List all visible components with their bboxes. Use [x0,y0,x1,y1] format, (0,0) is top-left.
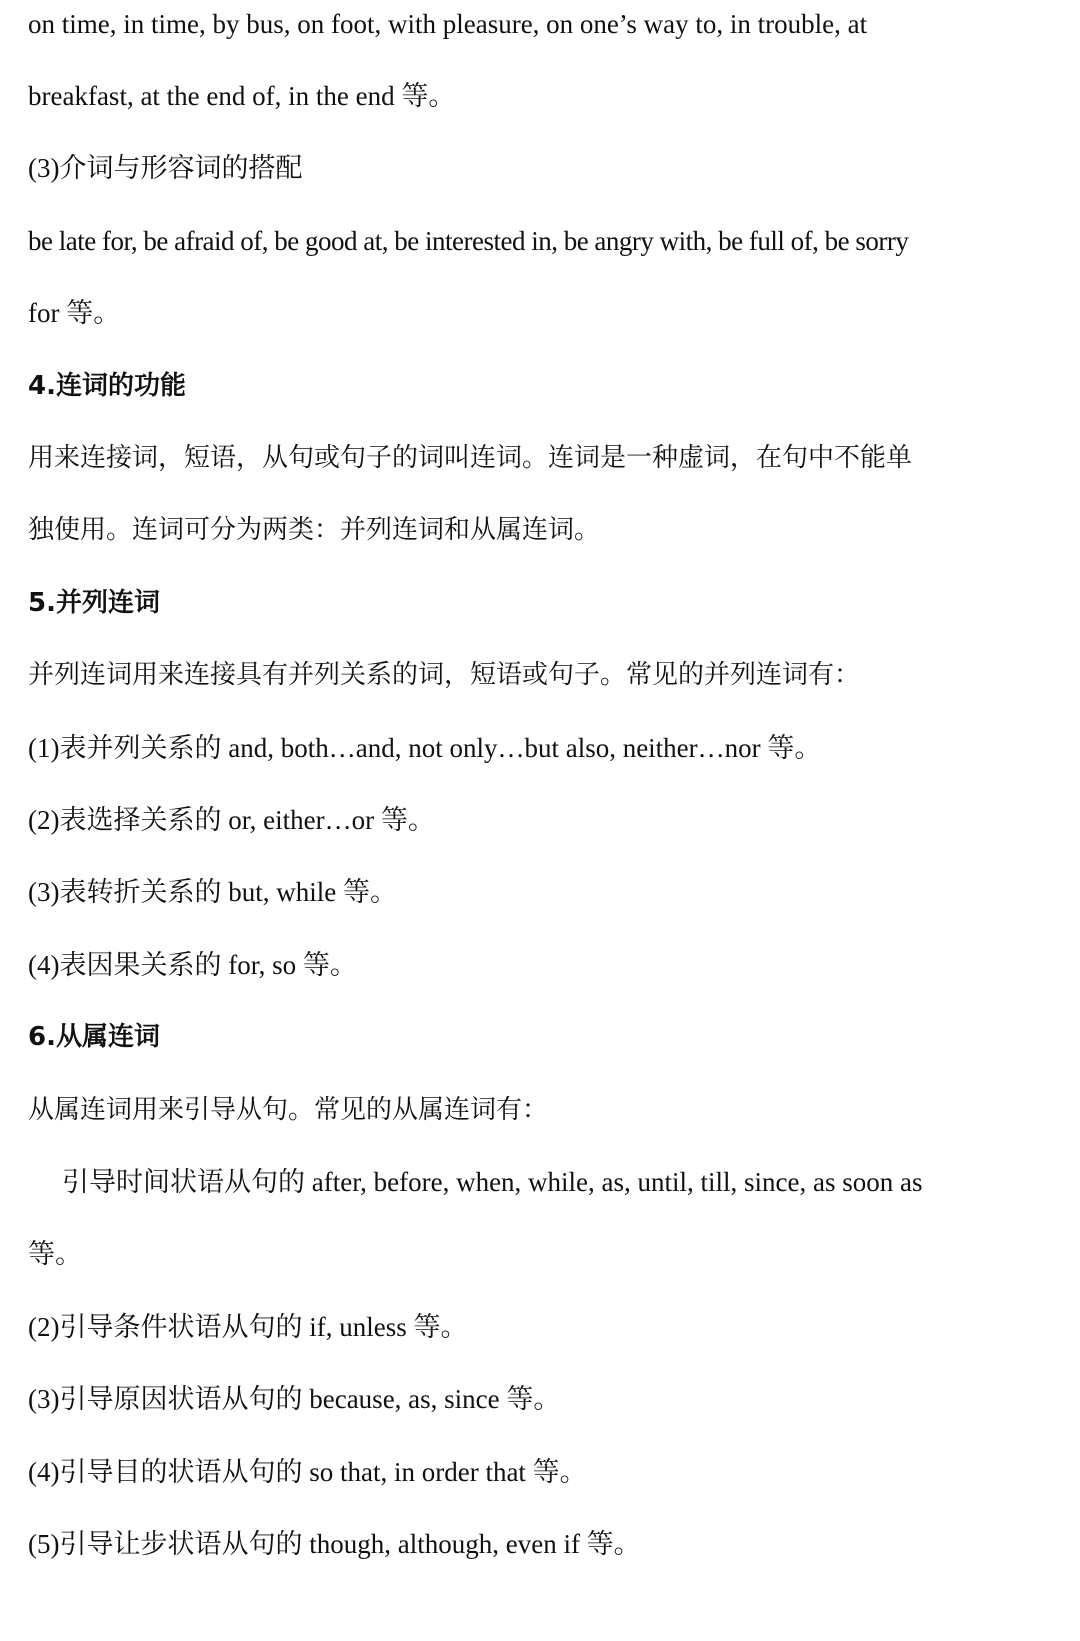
list-item: (2)表选择关系的 or, either…or 等。 [28,802,435,838]
list-item: (4)引导目的状语从句的 so that, in order that 等。 [28,1454,587,1490]
section-heading: 4.连词的功能 [28,368,186,404]
section-heading: 5.并列连词 [28,585,160,621]
list-item: (5)引导让步状语从句的 though, although, even if 等… [28,1526,641,1562]
subsection-heading: (3)介词与形容词的搭配 [28,150,302,186]
list-item: (2)引导条件状语从句的 if, unless 等。 [28,1309,467,1345]
text-line: 用来连接词，短语，从句或句子的词叫连词。连词是一种虚词，在句中不能单 [28,440,912,476]
list-item: (3)引导原因状语从句的 because, as, since 等。 [28,1381,560,1417]
text-line: breakfast, at the end of, in the end 等。 [28,78,455,114]
text-line: 独使用。连词可分为两类：并列连词和从属连词。 [28,512,600,548]
text-line: on time, in time, by bus, on foot, with … [28,6,867,42]
list-item: (4)表因果关系的 for, so 等。 [28,947,357,983]
text-line: 从属连词用来引导从句。常见的从属连词有： [28,1092,548,1128]
list-item: (3)表转折关系的 but, while 等。 [28,874,397,910]
list-item: (1)表并列关系的 and, both…and, not only…but al… [28,730,821,766]
text-line: 等。 [28,1236,82,1272]
text-line: 并列连词用来连接具有并列关系的词，短语或句子。常见的并列连词有： [28,657,860,693]
list-item: 引导时间状语从句的 after, before, when, while, as… [62,1164,923,1200]
section-heading: 6.从属连词 [28,1019,160,1055]
text-line: for 等。 [28,295,120,331]
text-line: be late for, be afraid of, be good at, b… [28,223,908,259]
